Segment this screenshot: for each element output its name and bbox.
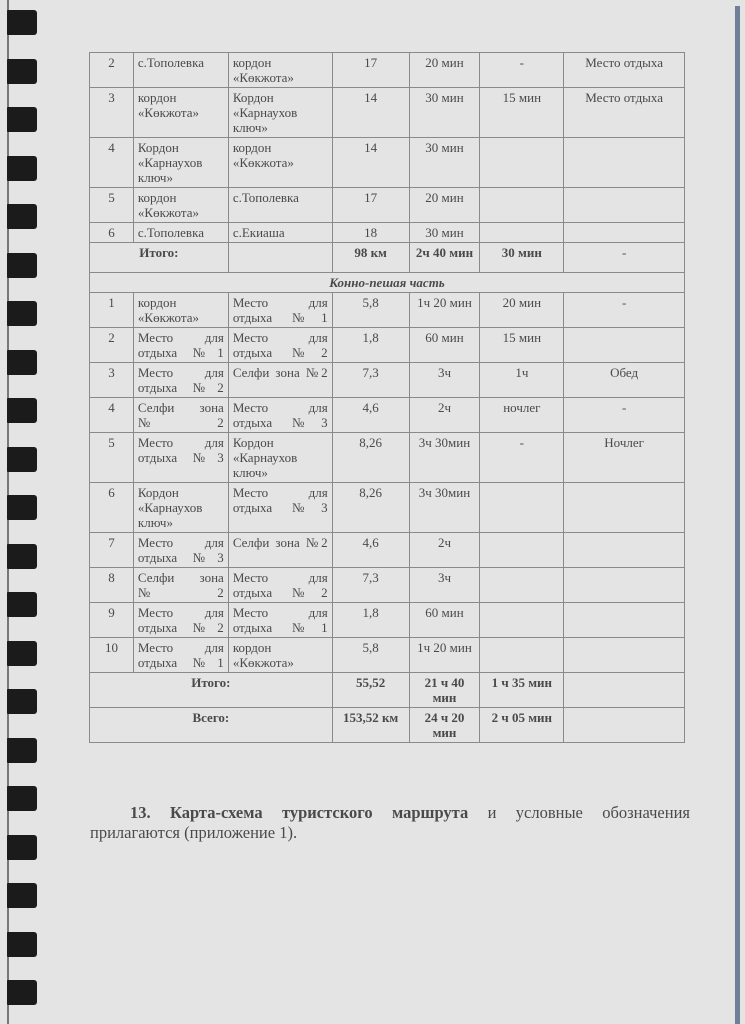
row-number: 9 xyxy=(90,603,134,638)
total-km: 55,52 xyxy=(332,673,409,708)
row-number: 3 xyxy=(90,363,134,398)
row-to: Место для отдыха №1 xyxy=(228,293,332,328)
row-from: Место для отдыха №2 xyxy=(133,603,228,638)
row-number: 3 xyxy=(90,88,134,138)
binding-ring xyxy=(7,495,37,520)
row-to: Место для отдыха №1 xyxy=(228,603,332,638)
section-row: Конно-пешая часть xyxy=(90,273,685,293)
row-rest-time: - xyxy=(480,433,564,483)
part1-total-row: Итого: 98 км 2ч 40 мин 30 мин - xyxy=(90,243,685,273)
section-13-paragraph: 13. Карта-схема туристского маршрута и у… xyxy=(90,803,690,843)
table-row: 4Кордон «Карнаухов ключ»кордон «Көкжота»… xyxy=(90,138,685,188)
row-note: - xyxy=(564,293,685,328)
row-move-time: 60 мин xyxy=(409,328,480,363)
row-from: Место для отдыха №2 xyxy=(133,363,228,398)
table-row: 1кордон «Көкжота»Место для отдыха №15,81… xyxy=(90,293,685,328)
row-note xyxy=(564,533,685,568)
table-row: 7Место для отдыха №3Селфи зона №24,62ч xyxy=(90,533,685,568)
part2-total-row: Итого: 55,52 21 ч 40 мин 1 ч 35 мин xyxy=(90,673,685,708)
row-to: кордон «Көкжота» xyxy=(228,138,332,188)
table-row: 5Место для отдыха №3Кордон «Карнаухов кл… xyxy=(90,433,685,483)
row-rest-time xyxy=(480,188,564,223)
row-move-time: 3ч 30мин xyxy=(409,483,480,533)
table-row: 3кордон «Көкжота»Кордон «Карнаухов ключ»… xyxy=(90,88,685,138)
binding-ring xyxy=(7,447,37,472)
row-from: Место для отдыха №3 xyxy=(133,433,228,483)
grand-total-km: 153,52 км xyxy=(332,708,409,743)
row-to: Место для отдыха №2 xyxy=(228,568,332,603)
row-number: 8 xyxy=(90,568,134,603)
row-note xyxy=(564,138,685,188)
row-km: 14 xyxy=(332,138,409,188)
total-km: 98 км xyxy=(332,243,409,273)
binding-ring xyxy=(7,156,37,181)
table-row: 3Место для отдыха №2Селфи зона №27,33ч1ч… xyxy=(90,363,685,398)
row-move-time: 1ч 20 мин xyxy=(409,638,480,673)
row-move-time: 20 мин xyxy=(409,53,480,88)
table-row: 5кордон «Көкжота»с.Тополевка1720 мин xyxy=(90,188,685,223)
row-rest-time xyxy=(480,223,564,243)
table-row: 4Селфи зона №2Место для отдыха №34,62чно… xyxy=(90,398,685,433)
row-km: 1,8 xyxy=(332,328,409,363)
grand-total-move: 24 ч 20 мин xyxy=(409,708,480,743)
row-rest-time xyxy=(480,568,564,603)
row-to: Селфи зона №2 xyxy=(228,533,332,568)
row-km: 4,6 xyxy=(332,533,409,568)
row-rest-time: 1ч xyxy=(480,363,564,398)
total-rest: 30 мин xyxy=(480,243,564,273)
row-rest-time xyxy=(480,483,564,533)
binding-ring xyxy=(7,350,37,375)
row-number: 2 xyxy=(90,328,134,363)
paragraph-heading: 13. Карта-схема туристского маршрута xyxy=(130,803,468,822)
total-move: 21 ч 40 мин xyxy=(409,673,480,708)
binding-ring xyxy=(7,641,37,666)
row-rest-time: - xyxy=(480,53,564,88)
total-label: Итого: xyxy=(90,243,229,273)
binding-ring xyxy=(7,10,37,35)
row-to: Место для отдыха №3 xyxy=(228,398,332,433)
table-row: 8Селфи зона №2Место для отдыха №27,33ч xyxy=(90,568,685,603)
row-from: с.Тополевка xyxy=(133,223,228,243)
row-km: 1,8 xyxy=(332,603,409,638)
row-number: 5 xyxy=(90,188,134,223)
row-rest-time xyxy=(480,603,564,638)
table-row: 2с.Тополевкакордон «Көкжота»1720 мин-Мес… xyxy=(90,53,685,88)
table-row: 2Место для отдыха №1Место для отдыха №21… xyxy=(90,328,685,363)
row-move-time: 2ч xyxy=(409,533,480,568)
row-rest-time xyxy=(480,533,564,568)
table-row: 6с.Тополевкас.Екиаша1830 мин xyxy=(90,223,685,243)
row-number: 10 xyxy=(90,638,134,673)
row-to: кордон «Көкжота» xyxy=(228,638,332,673)
row-note: - xyxy=(564,398,685,433)
total-label: Итого: xyxy=(90,673,333,708)
row-from: Селфи зона №2 xyxy=(133,398,228,433)
row-note xyxy=(564,483,685,533)
part1-body: 2с.Тополевкакордон «Көкжота»1720 мин-Мес… xyxy=(90,53,685,243)
row-note xyxy=(564,603,685,638)
binding-ring xyxy=(7,689,37,714)
binding-ring xyxy=(7,398,37,423)
row-number: 5 xyxy=(90,433,134,483)
row-km: 7,3 xyxy=(332,363,409,398)
row-note xyxy=(564,568,685,603)
grand-total-note xyxy=(564,708,685,743)
binding-ring xyxy=(7,544,37,569)
row-to: Кордон «Карнаухов ключ» xyxy=(228,433,332,483)
table-row: 6Кордон «Карнаухов ключ»Место для отдыха… xyxy=(90,483,685,533)
row-note xyxy=(564,223,685,243)
row-rest-time: 20 мин xyxy=(480,293,564,328)
row-note: Ночлег xyxy=(564,433,685,483)
row-move-time: 20 мин xyxy=(409,188,480,223)
row-to: кордон «Көкжота» xyxy=(228,53,332,88)
row-rest-time: 15 мин xyxy=(480,88,564,138)
total-rest: 1 ч 35 мин xyxy=(480,673,564,708)
row-km: 8,26 xyxy=(332,483,409,533)
binding-ring xyxy=(7,835,37,860)
row-from: Место для отдыха №3 xyxy=(133,533,228,568)
row-to: Место для отдыха №2 xyxy=(228,328,332,363)
row-to: Селфи зона №2 xyxy=(228,363,332,398)
row-km: 4,6 xyxy=(332,398,409,433)
row-to: с.Тополевка xyxy=(228,188,332,223)
row-move-time: 1ч 20 мин xyxy=(409,293,480,328)
spiral-binding xyxy=(0,0,40,1024)
row-move-time: 30 мин xyxy=(409,223,480,243)
row-number: 6 xyxy=(90,223,134,243)
row-to: Кордон «Карнаухов ключ» xyxy=(228,88,332,138)
row-from: кордон «Көкжота» xyxy=(133,188,228,223)
binding-ring xyxy=(7,592,37,617)
row-from: кордон «Көкжота» xyxy=(133,88,228,138)
row-move-time: 2ч xyxy=(409,398,480,433)
binding-ring xyxy=(7,738,37,763)
total-note: - xyxy=(564,243,685,273)
row-move-time: 60 мин xyxy=(409,603,480,638)
binding-ring xyxy=(7,204,37,229)
row-move-time: 3ч xyxy=(409,363,480,398)
row-from: кордон «Көкжота» xyxy=(133,293,228,328)
part2-body: 1кордон «Көкжота»Место для отдыха №15,81… xyxy=(90,293,685,673)
binding-ring xyxy=(7,59,37,84)
grand-total-label: Всего: xyxy=(90,708,333,743)
binding-ring xyxy=(7,980,37,1005)
section-title: Конно-пешая часть xyxy=(90,273,685,293)
row-move-time: 3ч 30мин xyxy=(409,433,480,483)
row-move-time: 30 мин xyxy=(409,88,480,138)
row-note xyxy=(564,188,685,223)
grand-total-rest: 2 ч 05 мин xyxy=(480,708,564,743)
total-move: 2ч 40 мин xyxy=(409,243,480,273)
row-km: 14 xyxy=(332,88,409,138)
binding-ring xyxy=(7,107,37,132)
row-move-time: 30 мин xyxy=(409,138,480,188)
row-km: 7,3 xyxy=(332,568,409,603)
row-number: 7 xyxy=(90,533,134,568)
row-number: 1 xyxy=(90,293,134,328)
row-rest-time: 15 мин xyxy=(480,328,564,363)
row-note: Обед xyxy=(564,363,685,398)
row-to: с.Екиаша xyxy=(228,223,332,243)
row-rest-time xyxy=(480,138,564,188)
row-from: Кордон «Карнаухов ключ» xyxy=(133,483,228,533)
row-note: Место отдыха xyxy=(564,88,685,138)
row-number: 4 xyxy=(90,138,134,188)
row-km: 8,26 xyxy=(332,433,409,483)
row-number: 6 xyxy=(90,483,134,533)
row-from: Место для отдыха №1 xyxy=(133,638,228,673)
row-km: 5,8 xyxy=(332,638,409,673)
row-from: Селфи зона №2 xyxy=(133,568,228,603)
row-number: 4 xyxy=(90,398,134,433)
row-km: 17 xyxy=(332,188,409,223)
binding-ring xyxy=(7,932,37,957)
row-number: 2 xyxy=(90,53,134,88)
page-edge xyxy=(735,6,740,1024)
table-row: 9Место для отдыха №2Место для отдыха №11… xyxy=(90,603,685,638)
total-note xyxy=(564,673,685,708)
row-from: Место для отдыха №1 xyxy=(133,328,228,363)
row-note: Место отдыха xyxy=(564,53,685,88)
row-km: 5,8 xyxy=(332,293,409,328)
route-table: 2с.Тополевкакордон «Көкжота»1720 мин-Мес… xyxy=(89,52,685,743)
row-note xyxy=(564,328,685,363)
row-from: Кордон «Карнаухов ключ» xyxy=(133,138,228,188)
row-km: 17 xyxy=(332,53,409,88)
row-rest-time: ночлег xyxy=(480,398,564,433)
row-to: Место для отдыха №3 xyxy=(228,483,332,533)
row-km: 18 xyxy=(332,223,409,243)
row-rest-time xyxy=(480,638,564,673)
binding-ring xyxy=(7,301,37,326)
table-row: 10Место для отдыха №1кордон «Көкжота»5,8… xyxy=(90,638,685,673)
binding-ring xyxy=(7,786,37,811)
row-from: с.Тополевка xyxy=(133,53,228,88)
row-note xyxy=(564,638,685,673)
binding-ring xyxy=(7,253,37,278)
row-move-time: 3ч xyxy=(409,568,480,603)
binding-ring xyxy=(7,883,37,908)
grand-total-row: Всего: 153,52 км 24 ч 20 мин 2 ч 05 мин xyxy=(90,708,685,743)
